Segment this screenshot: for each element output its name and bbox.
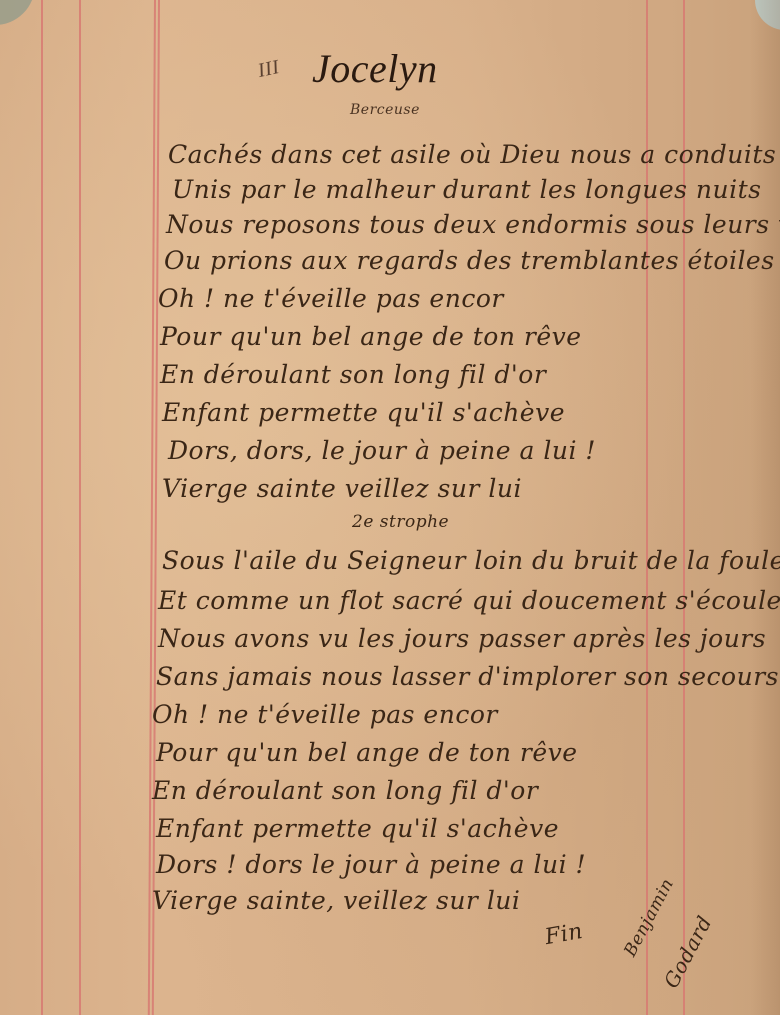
signature-last-name: Godard — [659, 912, 717, 992]
verse-line: Sans jamais nous lasser d'implorer son s… — [156, 662, 779, 691]
verse-line: Oh ! ne t'éveille pas encor — [152, 700, 498, 729]
margin-rule-line — [41, 0, 43, 1015]
fin-mark: Fin — [543, 919, 585, 950]
margin-rule-line — [79, 0, 81, 1015]
verse-line: Dors ! dors le jour à peine a lui ! — [156, 850, 586, 879]
strophe-label: 2e strophe — [352, 512, 449, 532]
verse-line: Nous reposons tous deux endormis sous le… — [166, 210, 780, 239]
verse-line: Oh ! ne t'éveille pas encor — [158, 284, 504, 313]
verse-line: Unis par le malheur durant les longues n… — [172, 175, 762, 204]
verse-line: Cachés dans cet asile où Dieu nous a con… — [168, 140, 776, 169]
verse-line: Vierge sainte, veillez sur lui — [152, 886, 520, 915]
verse-line: Dors, dors, le jour à peine a lui ! — [168, 436, 596, 465]
verse-line: En déroulant son long fil d'or — [152, 776, 538, 805]
verse-line: En déroulant son long fil d'or — [160, 360, 546, 389]
signature-first-name: Benjamin — [620, 875, 678, 960]
verse-line: Et comme un flot sacré qui doucement s'é… — [158, 586, 780, 615]
section-number: III — [256, 56, 282, 83]
verse-line: Sous l'aile du Seigneur loin du bruit de… — [162, 546, 780, 575]
notebook-page: III Jocelyn Berceuse Cachés dans cet asi… — [0, 0, 780, 1015]
page-subtitle: Berceuse — [350, 102, 420, 118]
verse-line: Enfant permette qu'il s'achève — [156, 814, 559, 843]
verse-line: Vierge sainte veillez sur lui — [162, 474, 522, 503]
verse-line: Pour qu'un bel ange de ton rêve — [160, 322, 582, 351]
page-corner-background — [0, 0, 35, 25]
verse-line: Ou prions aux regards des tremblantes ét… — [164, 246, 775, 275]
verse-line: Nous avons vu les jours passer après les… — [158, 624, 766, 653]
verse-line: Pour qu'un bel ange de ton rêve — [156, 738, 578, 767]
verse-line: Enfant permette qu'il s'achève — [162, 398, 565, 427]
page-title: Jocelyn — [312, 45, 438, 92]
